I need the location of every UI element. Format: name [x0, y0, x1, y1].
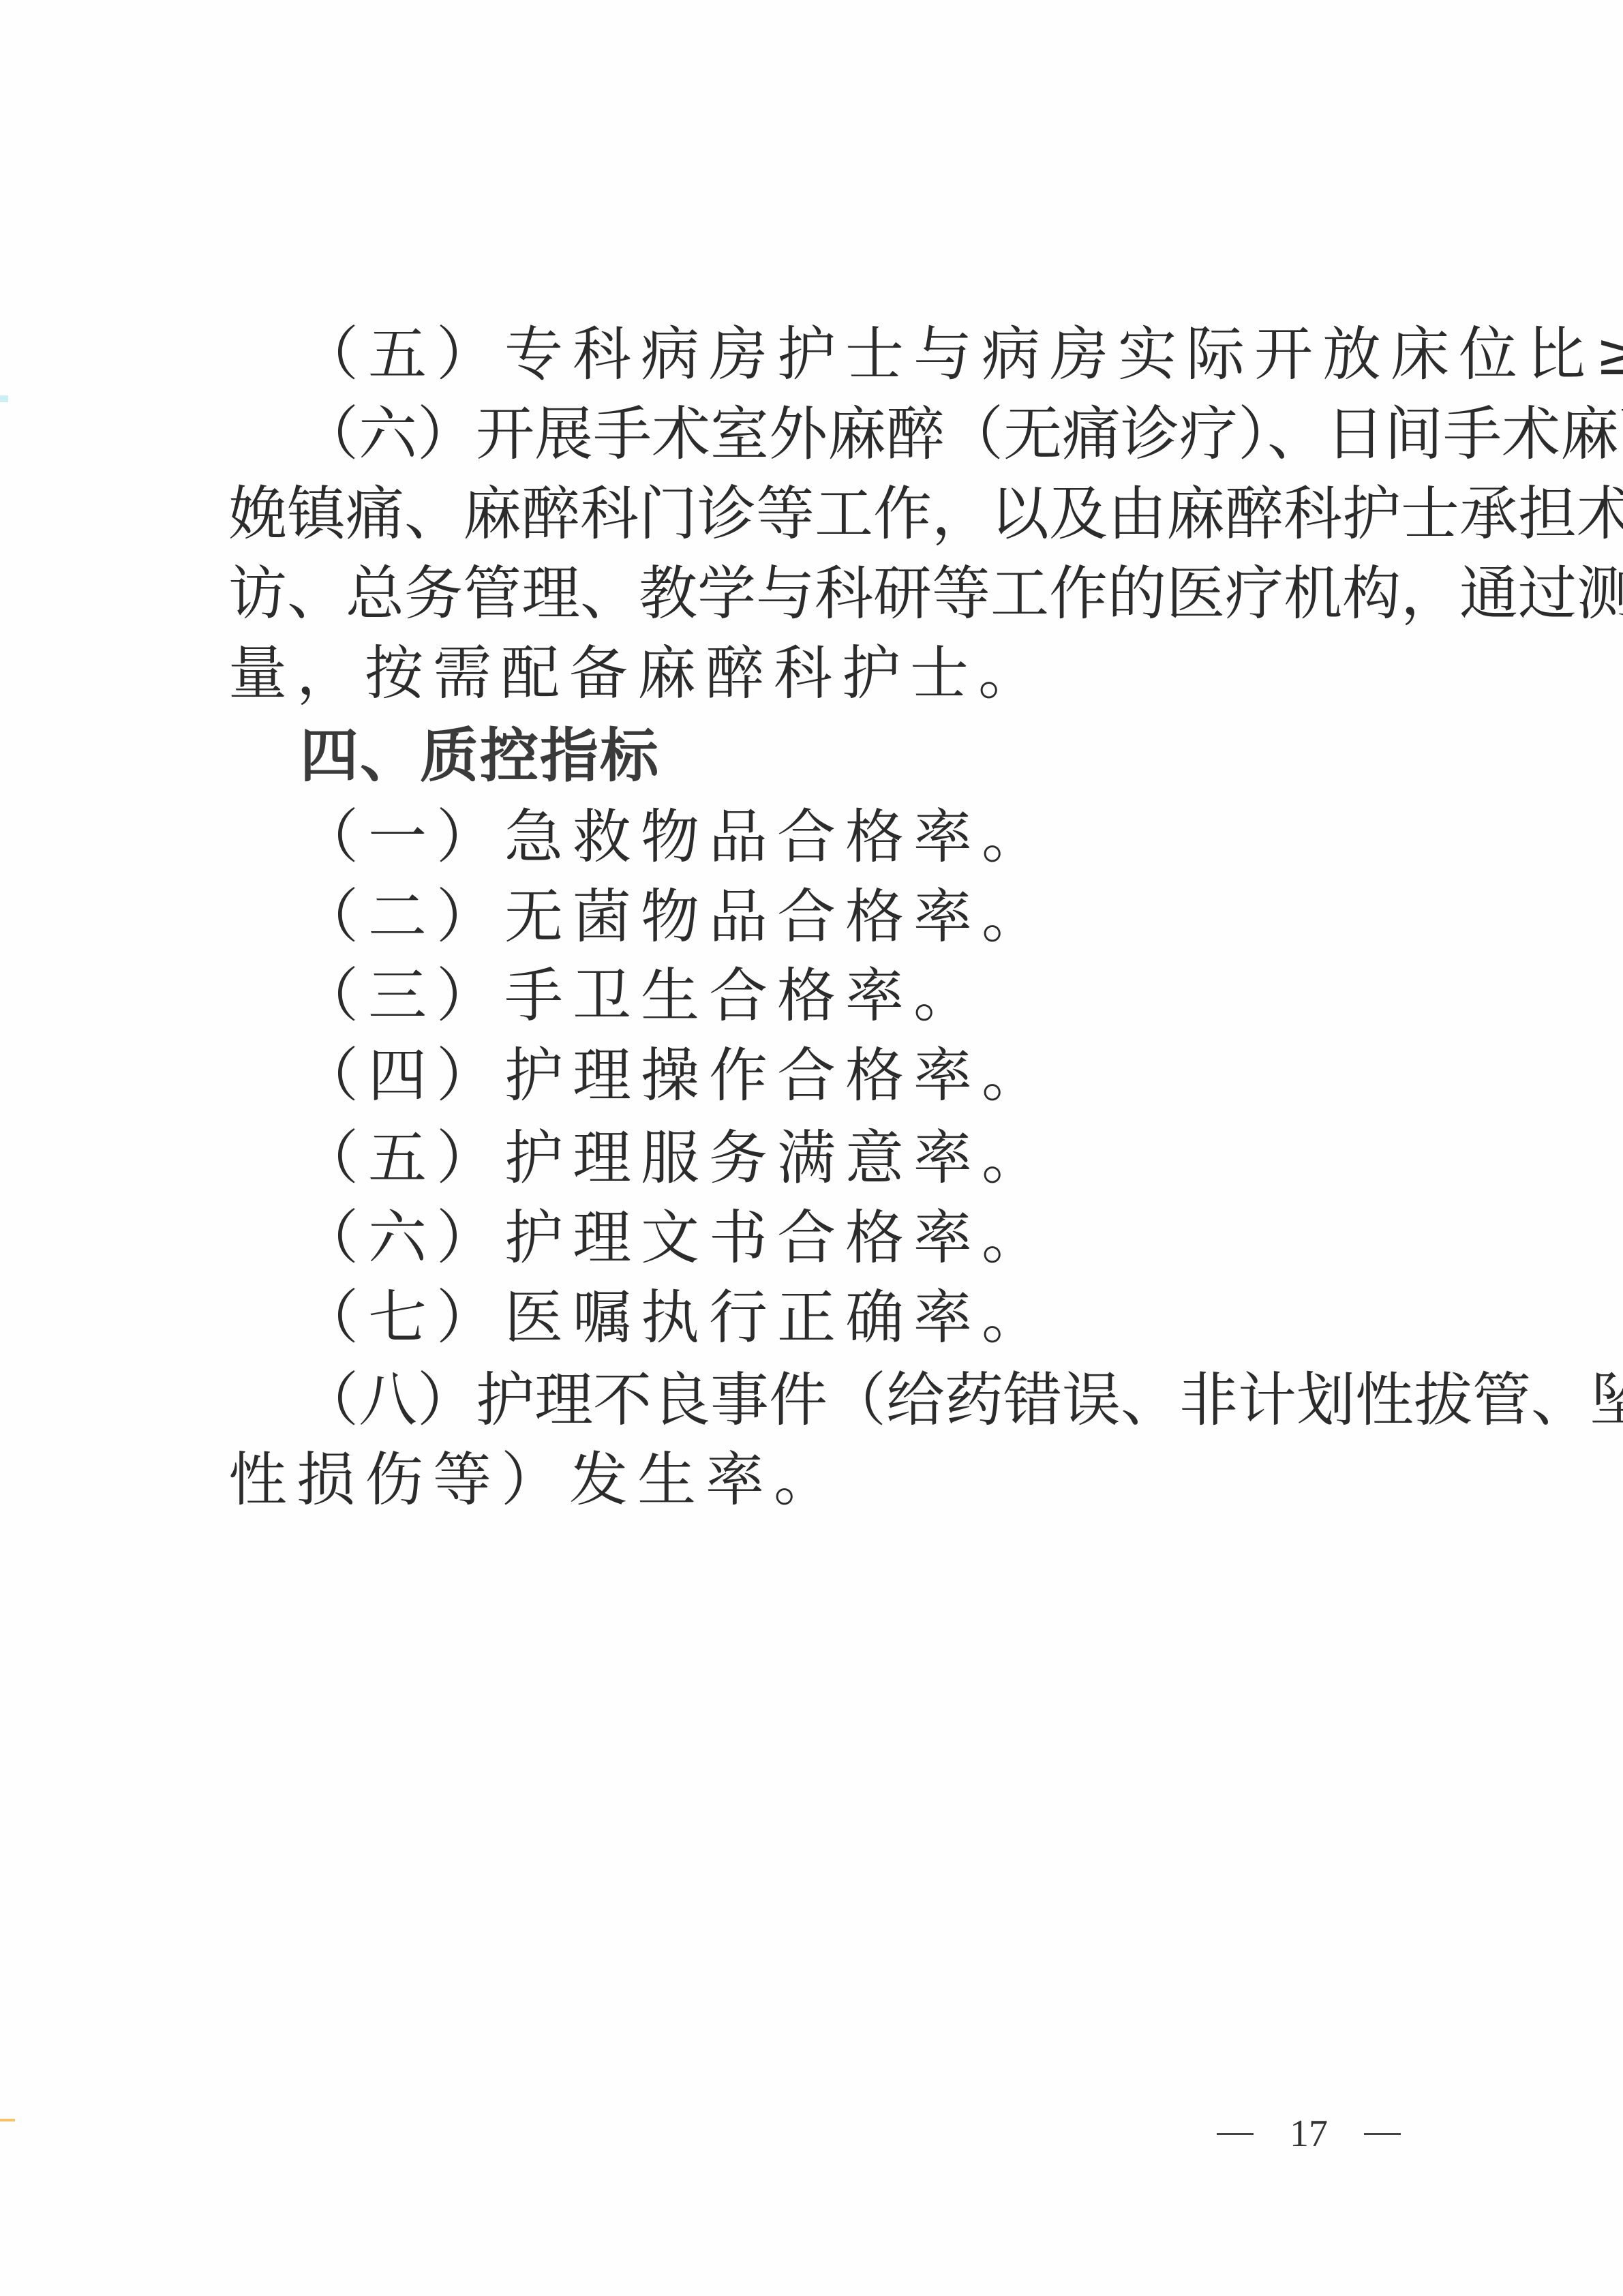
indicator-item: （七）医嘱执行正确率。	[300, 1284, 1425, 1352]
scan-artifact	[0, 2119, 15, 2121]
section-heading-quality-indicators: 四、质控指标	[300, 722, 1425, 790]
paragraph-anesthesia-line-2: 娩镇痛、麻醉科门诊等工作，以及由麻醉科护士承担术后镇痛随	[228, 480, 1425, 548]
indicator-adverse-events-line-1: （八）护理不良事件（给药错误、非计划性拔管、坠床、皮肤压力	[300, 1366, 1425, 1434]
page-number: 17	[1217, 2106, 1401, 2161]
scan-artifact	[0, 395, 8, 402]
indicator-item: （六）护理文书合格率。	[300, 1204, 1425, 1272]
paragraph-bed-ratio: （五）专科病房护士与病房实际开放床位比≥0.4：1。	[300, 320, 1425, 389]
indicator-item: （一）急救物品合格率。	[300, 803, 1425, 871]
document-page: （五）专科病房护士与病房实际开放床位比≥0.4：1。 （六）开展手术室外麻醉（无…	[0, 0, 1623, 2296]
dash-right	[1364, 2133, 1401, 2135]
paragraph-anesthesia-line-3: 访、总务管理、教学与科研等工作的医疗机构，通过测算护理工作	[228, 560, 1425, 628]
indicator-item: （四）护理操作合格率。	[300, 1042, 1425, 1110]
indicator-item: （三）手卫生合格率。	[300, 962, 1425, 1030]
indicator-item: （二）无菌物品合格率。	[300, 883, 1425, 951]
indicator-item: （五）护理服务满意率。	[300, 1124, 1425, 1192]
indicator-adverse-events-line-2: 性损伤等）发生率。	[228, 1446, 1425, 1514]
page-number-value: 17	[1290, 2106, 1328, 2161]
paragraph-anesthesia-line-1: （六）开展手术室外麻醉（无痛诊疗）、日间手术麻醉、椎管内分	[300, 400, 1425, 468]
paragraph-anesthesia-line-4: 量，按需配备麻醉科护士。	[228, 639, 1425, 708]
dash-left	[1217, 2133, 1254, 2135]
